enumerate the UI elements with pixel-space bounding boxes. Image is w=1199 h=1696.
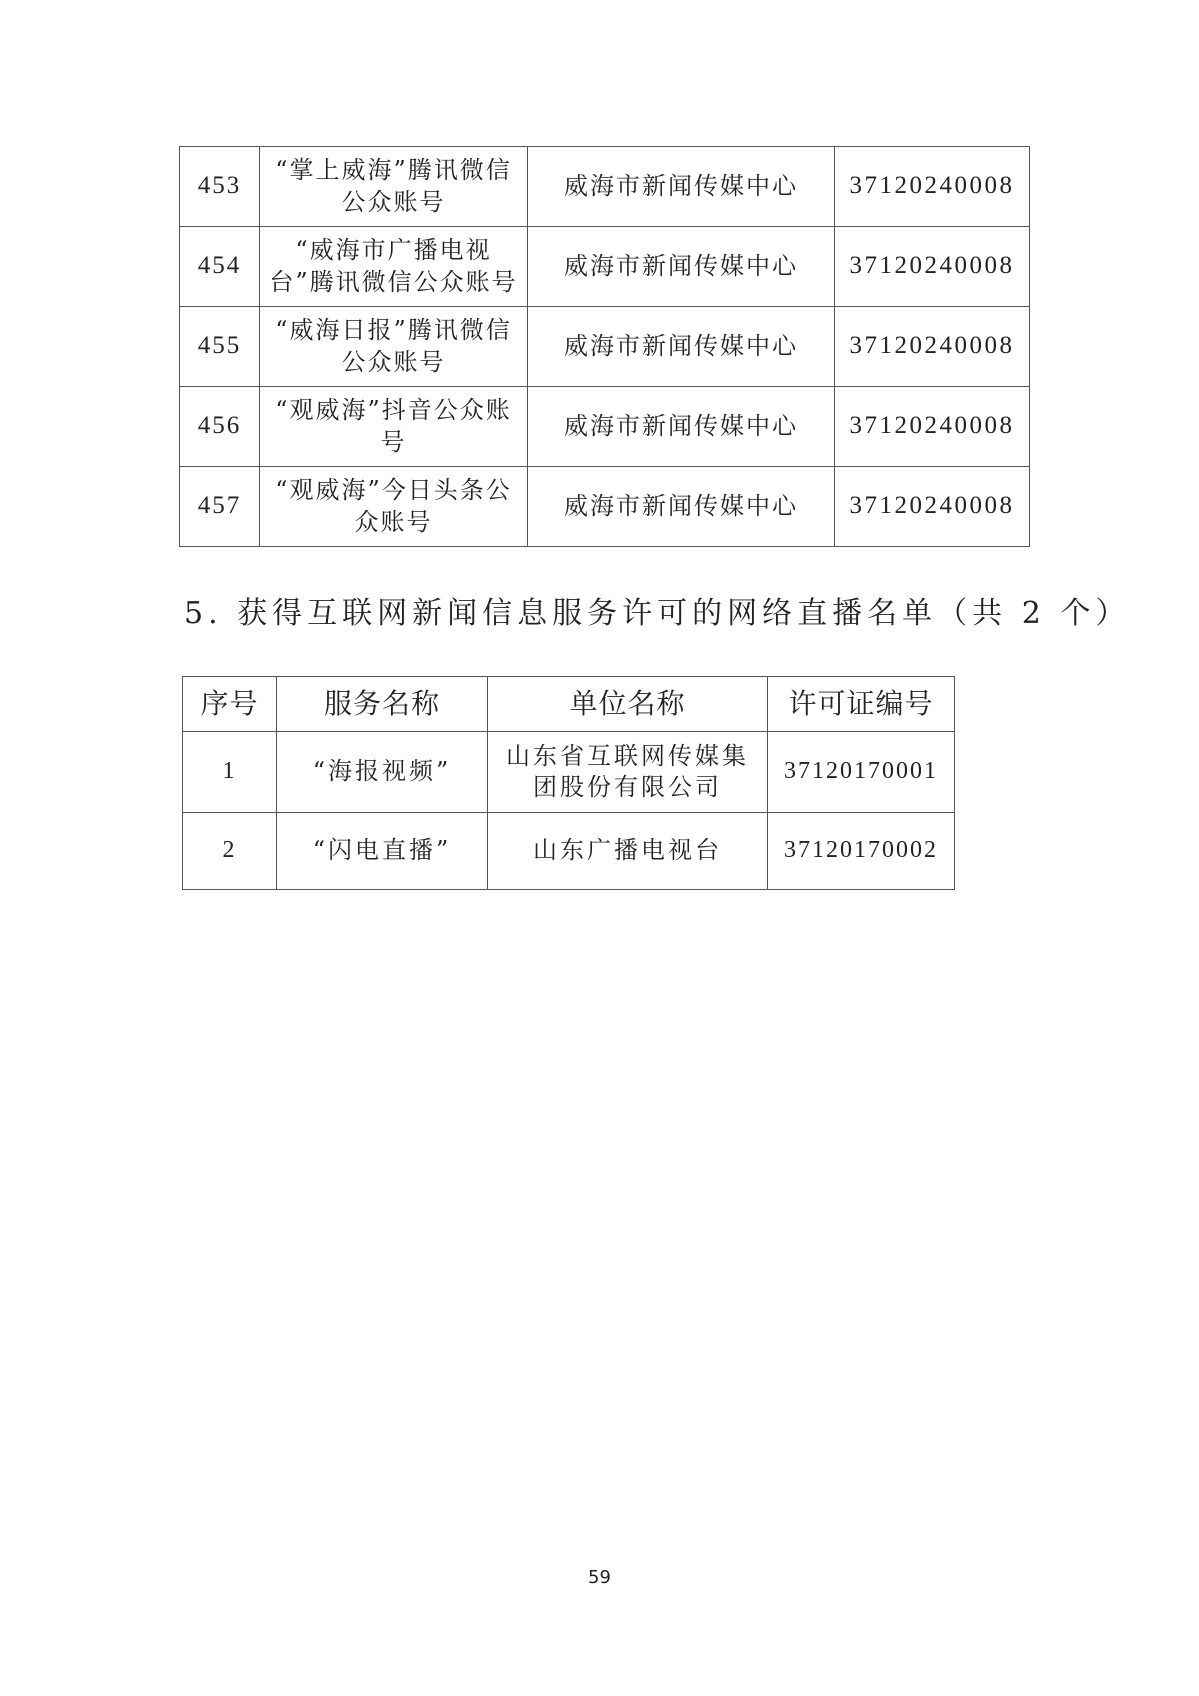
column-header-license: 许可证编号 <box>768 677 955 732</box>
unit-name: 威海市新闻传媒中心 <box>528 467 835 547</box>
unit-name: 山东广播电视台 <box>488 813 768 890</box>
page-number: 59 <box>0 1567 1199 1588</box>
column-header-unit: 单位名称 <box>488 677 768 732</box>
service-name: “闪电直播” <box>277 813 488 890</box>
table-row: 453 “掌上威海”腾讯微信公众账号 威海市新闻传媒中心 37120240008 <box>180 147 1030 227</box>
service-name: “威海市广播电视台”腾讯微信公众账号 <box>260 227 528 307</box>
column-header-service: 服务名称 <box>277 677 488 732</box>
license-number: 37120170001 <box>768 732 955 813</box>
table-row: 1 “海报视频” 山东省互联网传媒集团股份有限公司 37120170001 <box>183 732 955 813</box>
unit-name: 威海市新闻传媒中心 <box>528 147 835 227</box>
row-number: 455 <box>180 307 260 387</box>
row-number: 457 <box>180 467 260 547</box>
service-name: “观威海”抖音公众账号 <box>260 387 528 467</box>
unit-name: 威海市新闻传媒中心 <box>528 227 835 307</box>
unit-name: 威海市新闻传媒中心 <box>528 387 835 467</box>
row-number: 454 <box>180 227 260 307</box>
unit-name: 山东省互联网传媒集团股份有限公司 <box>488 732 768 813</box>
row-number: 453 <box>180 147 260 227</box>
table-row: 457 “观威海”今日头条公众账号 威海市新闻传媒中心 37120240008 <box>180 467 1030 547</box>
row-number: 1 <box>183 732 277 813</box>
section-heading: 5. 获得互联网新闻信息服务许可的网络直播名单（共 2 个） <box>184 588 1130 632</box>
license-number: 37120240008 <box>835 307 1030 387</box>
table-row: 456 “观威海”抖音公众账号 威海市新闻传媒中心 37120240008 <box>180 387 1030 467</box>
column-header-number: 序号 <box>183 677 277 732</box>
table-row: 454 “威海市广播电视台”腾讯微信公众账号 威海市新闻传媒中心 3712024… <box>180 227 1030 307</box>
row-number: 456 <box>180 387 260 467</box>
unit-name: 威海市新闻传媒中心 <box>528 307 835 387</box>
license-number: 37120170002 <box>768 813 955 890</box>
license-number: 37120240008 <box>835 147 1030 227</box>
license-number: 37120240008 <box>835 467 1030 547</box>
table-row: 2 “闪电直播” 山东广播电视台 37120170002 <box>183 813 955 890</box>
service-name: “威海日报”腾讯微信公众账号 <box>260 307 528 387</box>
service-name: “海报视频” <box>277 732 488 813</box>
license-number: 37120240008 <box>835 387 1030 467</box>
license-number: 37120240008 <box>835 227 1030 307</box>
table-header-row: 序号 服务名称 单位名称 许可证编号 <box>183 677 955 732</box>
row-number: 2 <box>183 813 277 890</box>
table-online-accounts-continued: 453 “掌上威海”腾讯微信公众账号 威海市新闻传媒中心 37120240008… <box>179 146 1030 547</box>
table-live-streaming-licenses: 序号 服务名称 单位名称 许可证编号 1 “海报视频” 山东省互联网传媒集团股份… <box>182 676 955 890</box>
table-row: 455 “威海日报”腾讯微信公众账号 威海市新闻传媒中心 37120240008 <box>180 307 1030 387</box>
service-name: “掌上威海”腾讯微信公众账号 <box>260 147 528 227</box>
service-name: “观威海”今日头条公众账号 <box>260 467 528 547</box>
